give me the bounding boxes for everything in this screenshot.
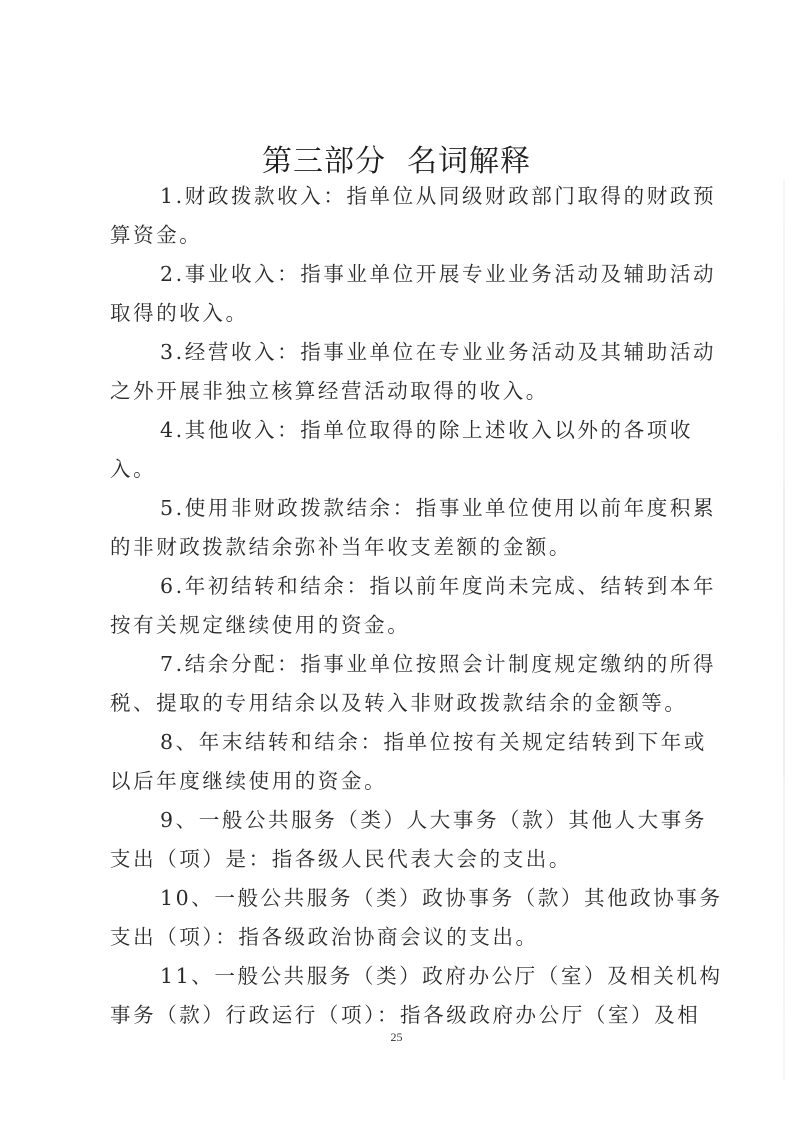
entry-9-line-1: 9、一般公共服务（类）人大事务（款）其他人大事务 <box>160 806 707 834</box>
entry-9-line-2: 支出（项）是：指各级人民代表大会的支出。 <box>110 845 572 873</box>
entry-8-line-2: 以后年度继续使用的资金。 <box>110 767 387 795</box>
entry-10-line-2: 支出（项）：指各级政治协商会议的支出。 <box>110 923 539 951</box>
entry-11-line-1: 11、一般公共服务（类）政府办公厅（室）及相关机构 <box>160 962 723 990</box>
entry-10-line-1: 10、一般公共服务（类）政协事务（款）其他政协事务 <box>160 884 723 912</box>
entry-2-line-2: 取得的收入。 <box>110 299 249 327</box>
entry-7-line-1: 7.结余分配：指事业单位按照会计制度规定缴纳的所得 <box>160 650 716 678</box>
entry-11-line-2: 事务（款）行政运行（项）：指各级政府办公厅（室）及相 <box>110 1001 700 1029</box>
scan-edge-artifact <box>783 180 785 1080</box>
page-number: 25 <box>0 1030 793 1045</box>
entry-4-line-1: 4.其他收入：指单位取得的除上述收入以外的各项收 <box>160 416 693 444</box>
document-page: 第三部分 名词解释 1.财政拨款收入：指单位从同级财政部门取得的财政预 算资金。… <box>0 0 793 1121</box>
entry-1-line-2: 算资金。 <box>110 221 202 249</box>
entry-1-line-1: 1.财政拨款收入：指单位从同级财政部门取得的财政预 <box>160 182 716 210</box>
entry-8-line-1: 8、年末结转和结余：指单位按有关规定结转到下年或 <box>160 728 707 756</box>
page-title: 第三部分 名词解释 <box>0 136 793 180</box>
entry-7-line-2: 税、提取的专用结余以及转入非财政拨款结余的金额等。 <box>110 689 688 717</box>
entry-3-line-1: 3.经营收入：指事业单位在专业业务活动及其辅助活动 <box>160 338 716 366</box>
entry-5-line-1: 5.使用非财政拨款结余：指事业单位使用以前年度积累 <box>160 494 716 522</box>
entry-5-line-2: 的非财政拨款结余弥补当年收支差额的金额。 <box>110 533 572 561</box>
entry-3-line-2: 之外开展非独立核算经营活动取得的收入。 <box>110 377 549 405</box>
entry-6-line-1: 6.年初结转和结余：指以前年度尚未完成、结转到本年 <box>160 572 716 600</box>
entry-4-line-2: 入。 <box>110 455 156 483</box>
entry-6-line-2: 按有关规定继续使用的资金。 <box>110 611 410 639</box>
entry-2-line-1: 2.事业收入：指事业单位开展专业业务活动及辅助活动 <box>160 260 716 288</box>
